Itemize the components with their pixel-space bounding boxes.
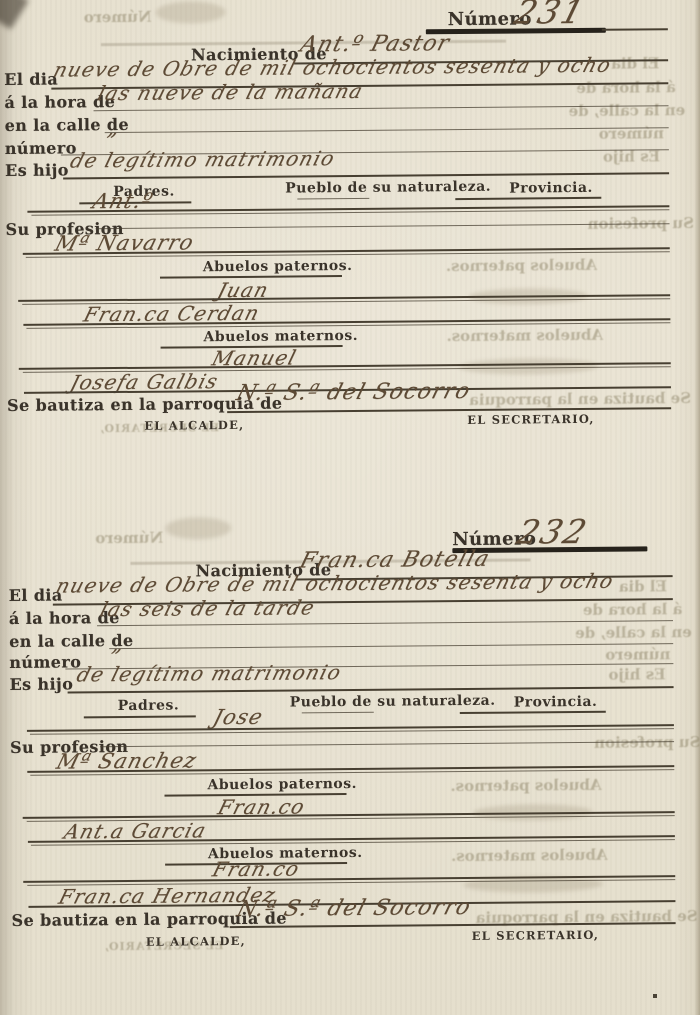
bleed-abuelos-paternos: Abuelos paternos. <box>450 776 601 795</box>
parish-name: N.ª S.ª del Socorro <box>234 895 474 922</box>
birth-date: nueve de Obre de mil ochocientos sesenta… <box>53 569 617 598</box>
birth-time: las seis de la tarde <box>98 595 319 621</box>
header-underline <box>302 712 374 714</box>
rule-line <box>105 127 669 133</box>
abuelos-paternos-header: Abuelos paternos. <box>207 776 357 793</box>
rule-line <box>68 686 674 693</box>
bleed-abuelos-maternos: Abuelos maternos. <box>446 326 603 345</box>
pueblo-header: Pueblo de su naturaleza. <box>290 693 496 711</box>
rule-line <box>227 407 671 413</box>
bleed-a-la-hora: á la hora de <box>583 600 683 619</box>
rule-line <box>109 643 673 649</box>
bleed-numero-label: Número <box>84 8 152 27</box>
abuelos-paternos-header: Abuelos paternos. <box>203 258 353 275</box>
register-page: Número El dia á la hora de en la calle, … <box>0 0 700 1015</box>
pueblo-header: Pueblo de su naturaleza. <box>285 179 491 197</box>
parish-name: N.ª S.ª del Socorro <box>234 379 474 406</box>
bleed-el-dia: El dia <box>611 54 659 72</box>
padres-header: Padres. <box>118 697 180 714</box>
bleed-se-bautiza: Se bautiza en la parroquia <box>469 389 691 409</box>
bleed-handwriting-blob <box>156 1 226 24</box>
provincia-header: Provincia. <box>509 180 593 197</box>
es-hijo-label: Es hijo <box>9 674 73 694</box>
header-underline <box>297 198 369 200</box>
legitimacy: de legítimo matrimonio <box>74 660 345 686</box>
bleed-a-la-hora: á la hora de <box>576 78 676 97</box>
rule-line <box>63 172 669 179</box>
father-name: Jose <box>210 705 266 729</box>
bleed-es-hijo: Es hijo <box>608 665 665 683</box>
provincia-header: Provincia. <box>514 694 598 711</box>
birth-record-231: Número 231 Nacimiento de Ant.º Pastor El… <box>0 0 696 3</box>
bleed-numero-field: número <box>605 645 670 664</box>
header-underline <box>84 715 196 718</box>
alcalde-label: EL ALCALDE, <box>146 934 246 949</box>
alcalde-label: EL ALCALDE, <box>144 418 244 433</box>
rule-line <box>100 741 674 747</box>
header-underline <box>460 711 606 714</box>
maternal-grandfather: Fran.co <box>210 856 303 881</box>
secretario-label: EL SECRETARIO, <box>472 928 599 943</box>
legitimacy: de legítimo matrimonio <box>68 146 339 172</box>
abuelos-maternos-header: Abuelos maternos. <box>203 328 358 345</box>
numero-underline-thin <box>602 28 668 31</box>
rule-line <box>96 223 670 229</box>
bleed-abuelos-maternos: Abuelos maternos. <box>451 846 608 865</box>
bleed-en-la-calle: en la calle, de <box>575 623 692 642</box>
bleed-handwriting-blob <box>165 517 231 540</box>
el-dia-label: El dia <box>4 70 58 89</box>
es-hijo-label: Es hijo <box>5 160 69 180</box>
numero-value: 231 <box>510 0 590 32</box>
bleed-numero-label: Número <box>95 529 163 548</box>
birth-record-232: Número 232 Nacimiento de Fran.ca Botella… <box>0 0 696 3</box>
bleed-el-dia: El dia <box>619 577 667 595</box>
scanned-content: Número El dia á la hora de en la calle, … <box>0 0 700 1015</box>
birth-time: las nueve de la mañana <box>95 79 366 105</box>
bleed-abuelos-paternos: Abuelos paternos. <box>446 256 597 275</box>
header-underline <box>455 197 601 200</box>
bleed-through-top: Número El dia á la hora de en la calle, … <box>0 0 696 3</box>
numero-value: 232 <box>513 512 593 552</box>
secretario-label: EL SECRETARIO, <box>467 412 594 427</box>
bleed-en-la-calle: en la calle, de <box>568 101 685 120</box>
bleed-through-bottom: Número El dia á la hora de en la calle, … <box>0 0 696 3</box>
birth-date: nueve de Obre de mil ochocientos sesenta… <box>51 53 615 82</box>
